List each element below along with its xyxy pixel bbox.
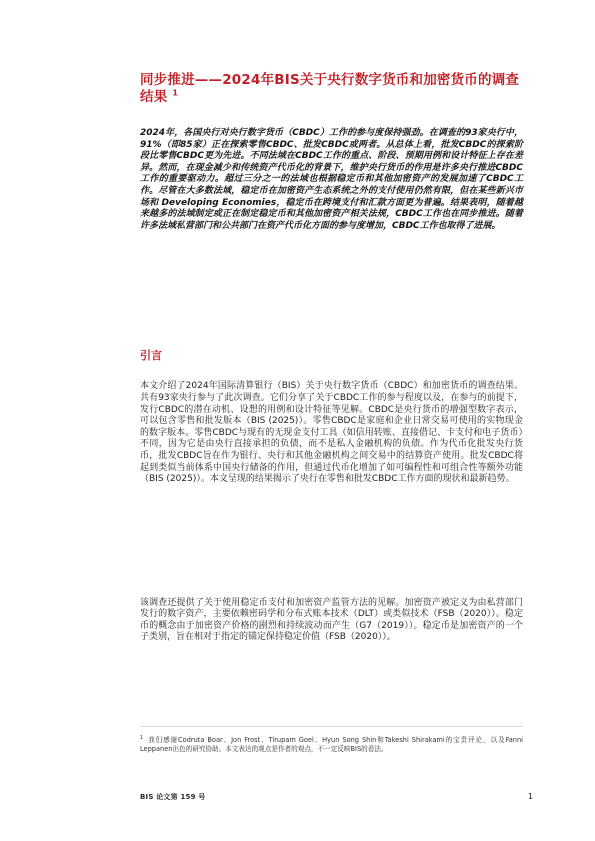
body-paragraph-2: 该调查还提供了关于使用稳定币支付和加密资产监管方法的见解。加密资产被定义为由私营…: [140, 598, 523, 644]
page-title-text: 同步推进——2024年BIS关于央行数字货币和加密货币的调查结果: [140, 72, 519, 105]
footnote-divider: [140, 726, 523, 727]
document-page: 同步推进——2024年BIS关于央行数字货币和加密货币的调查结果 1 2024年…: [0, 0, 595, 841]
content-column: 同步推进——2024年BIS关于央行数字货币和加密货币的调查结果 1 2024年…: [140, 0, 523, 644]
abstract-paragraph: 2024年，各国央行对央行数字货币（CBDC）工作的参与度保持强劲。在调查的93…: [140, 128, 523, 232]
footer-series-label: BIS 论文第 159 号: [140, 792, 206, 802]
title-footnote-reference: 1: [172, 89, 178, 98]
section-heading-introduction: 引言: [140, 349, 523, 362]
footnote-text: 1我们感谢Codruta Boar、Jon Frost、Tirupam Goel…: [140, 736, 523, 754]
page-title: 同步推进——2024年BIS关于央行数字货币和加密货币的调查结果 1: [140, 72, 523, 106]
footnote-block: 1我们感谢Codruta Boar、Jon Frost、Tirupam Goel…: [140, 726, 523, 754]
body-paragraph-1: 本文介绍了2024年国际清算银行（BIS）关于央行数字货币（CBDC）和加密货币…: [140, 381, 523, 485]
page-footer: BIS 论文第 159 号 1: [140, 792, 533, 802]
footnote-marker: 1: [140, 735, 143, 741]
footnote-body: 我们感谢Codruta Boar、Jon Frost、Tirupam Goel、…: [140, 736, 523, 753]
footer-page-number: 1: [528, 792, 533, 801]
